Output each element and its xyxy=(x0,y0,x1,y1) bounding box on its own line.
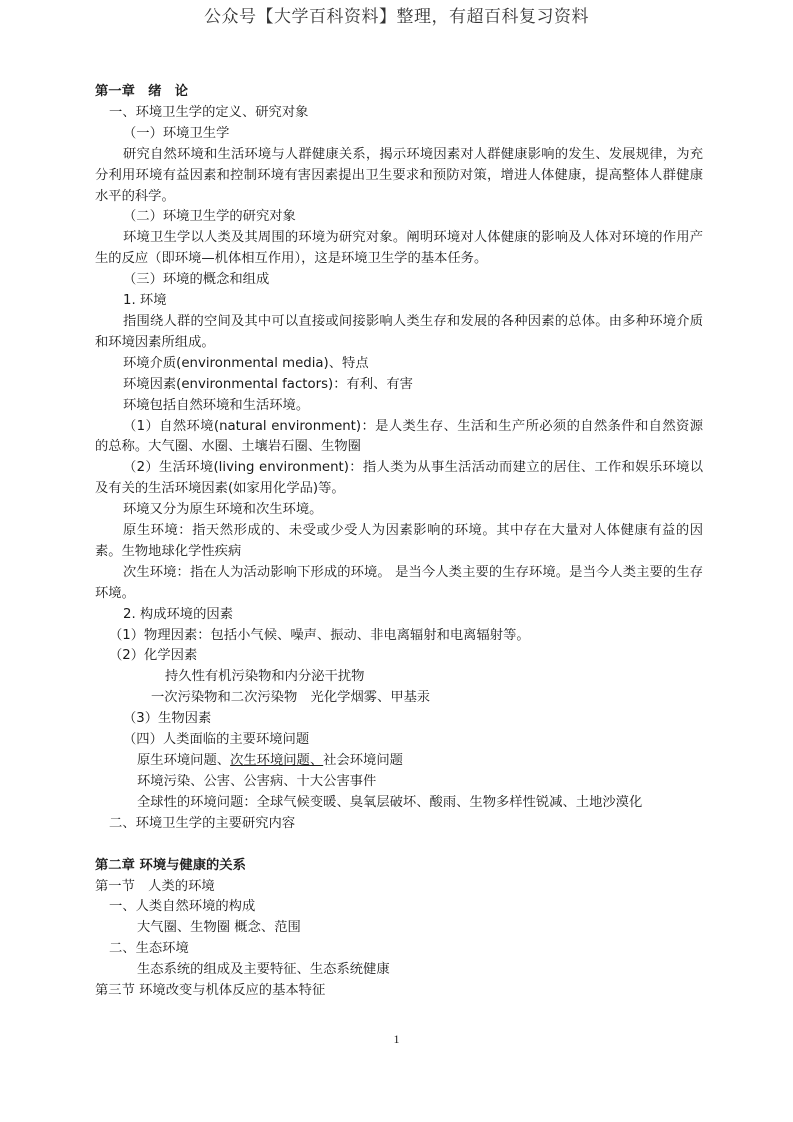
paragraph: 原生环境：指天然形成的、未受或少受人为因素影响的环境。其中存在大量对人体健康有益… xyxy=(95,521,703,563)
document-body: 第一章 绪 论 一、环境卫生学的定义、研究对象 （一）环境卫生学 研究自然环境和… xyxy=(95,82,703,1002)
subsection-heading: （四）人类面临的主要环境问题 xyxy=(95,730,703,751)
chapter-2-title: 第二章 环境与健康的关系 xyxy=(95,856,703,877)
text-line: 一次污染物和二次污染物 光化学烟雾、甲基汞 xyxy=(95,688,703,709)
page-header-banner: 公众号【大学百科资料】整理，有超百科复习资料 xyxy=(0,2,793,27)
paragraph: （1）自然环境(natural environment)：是人类生存、生活和生产… xyxy=(95,417,703,459)
paragraph: 次生环境：指在人为活动影响下形成的环境。 是当今人类主要的生存环境。是当今人类主… xyxy=(95,563,703,605)
text-line: （1）物理因素：包括小气候、噪声、振动、非电离辐射和电离辐射等。 xyxy=(95,626,703,647)
section-heading: 一、人类自然环境的构成 xyxy=(95,897,703,918)
section-heading: 第一节 人类的环境 xyxy=(95,877,703,898)
paragraph: （2）生活环境(living environment)：指人类为从事生活活动而建… xyxy=(95,458,703,500)
section-heading: 第三节 环境改变与机体反应的基本特征 xyxy=(95,981,703,1002)
spacer xyxy=(95,835,703,856)
text-line: （2）化学因素 xyxy=(95,646,703,667)
text-line: 环境介质(environmental media)、特点 xyxy=(95,354,703,375)
subsection-heading: （三）环境的概念和组成 xyxy=(95,270,703,291)
underlined-text: 次生环境问题、 xyxy=(230,753,323,768)
section-heading: 二、生态环境 xyxy=(95,939,703,960)
item-heading: 2. 构成环境的因素 xyxy=(95,605,703,626)
paragraph: 研究自然环境和生活环境与人群健康关系，揭示环境因素对人群健康影响的发生、发展规律… xyxy=(95,145,703,208)
text-span: 原生环境问题、 xyxy=(137,753,230,768)
text-line: 大气圈、生物圈 概念、范围 xyxy=(95,918,703,939)
paragraph: 环境卫生学以人类及其周围的环境为研究对象。阐明环境对人体健康的影响及人体对环境的… xyxy=(95,228,703,270)
text-line: 原生环境问题、次生环境问题、社会环境问题 xyxy=(95,751,703,772)
subsection-heading: （一）环境卫生学 xyxy=(95,124,703,145)
chapter-1-title: 第一章 绪 论 xyxy=(95,82,703,103)
section-heading: 一、环境卫生学的定义、研究对象 xyxy=(95,103,703,124)
text-line: 环境又分为原生环境和次生环境。 xyxy=(95,500,703,521)
text-line: 环境包括自然环境和生活环境。 xyxy=(95,396,703,417)
item-heading: 1. 环境 xyxy=(95,291,703,312)
text-line: 环境因素(environmental factors)：有利、有害 xyxy=(95,375,703,396)
text-line: 全球性的环境问题：全球气候变暖、臭氧层破坏、酸雨、生物多样性锐减、土地沙漠化 xyxy=(95,793,703,814)
text-line: 生态系统的组成及主要特征、生态系统健康 xyxy=(95,960,703,981)
page-number: 1 xyxy=(0,1032,793,1047)
subsection-heading: （二）环境卫生学的研究对象 xyxy=(95,207,703,228)
text-line: 环境污染、公害、公害病、十大公害事件 xyxy=(95,772,703,793)
text-line: 持久性有机污染物和内分泌干扰物 xyxy=(95,667,703,688)
text-line: （3）生物因素 xyxy=(95,709,703,730)
section-heading: 二、环境卫生学的主要研究内容 xyxy=(95,814,703,835)
paragraph: 指围绕人群的空间及其中可以直接或间接影响人类生存和发展的各种因素的总体。由多种环… xyxy=(95,312,703,354)
text-span: 社会环境问题 xyxy=(323,753,403,768)
